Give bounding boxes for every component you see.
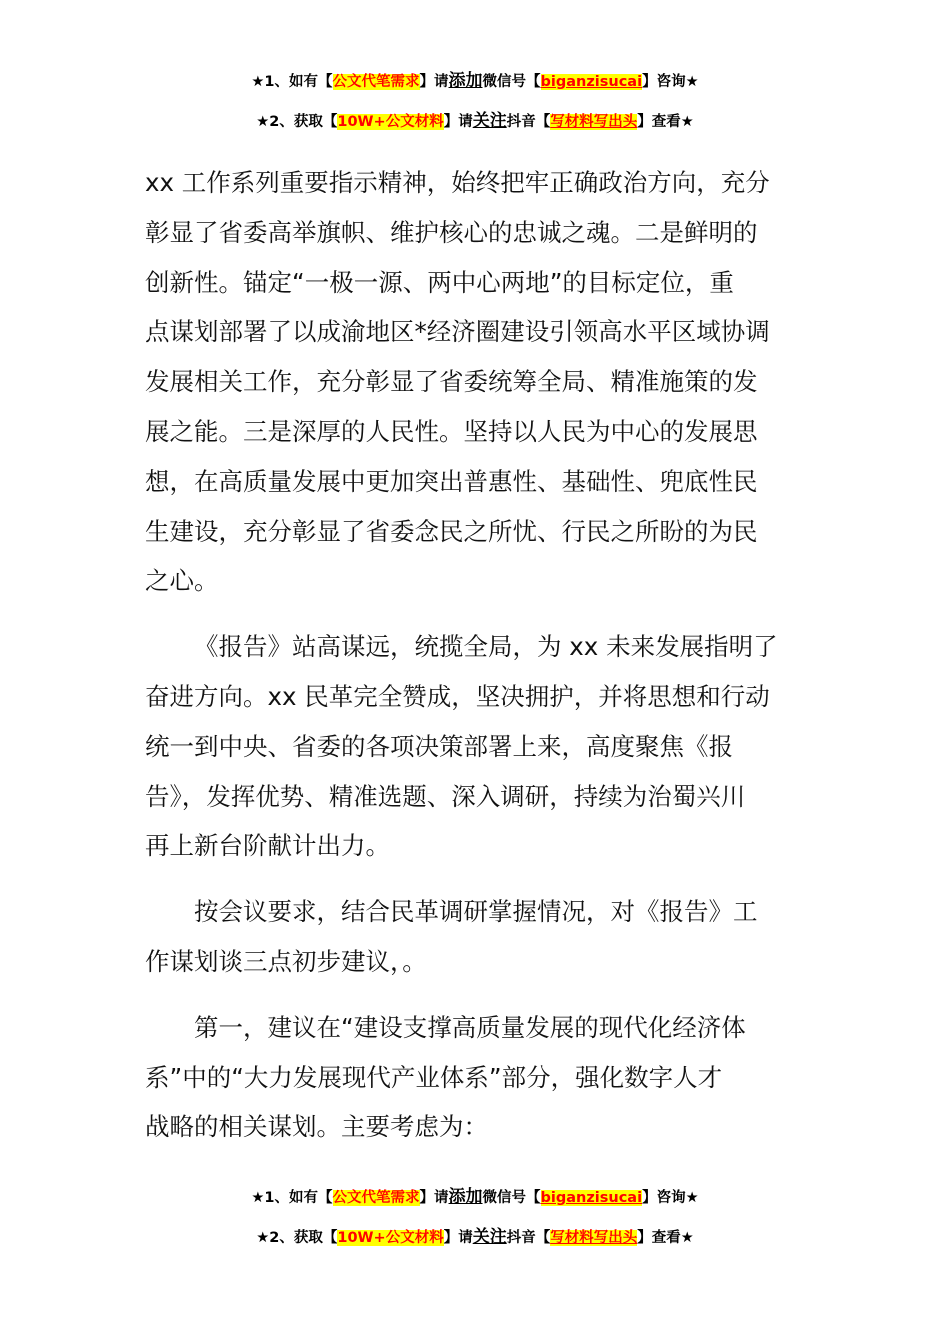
text-line: 彰显了省委高举旗帜、维护核心的忠诚之魂。二是鲜明的 [145, 208, 810, 258]
highlight-text: 公文代笔需求 [333, 74, 420, 90]
banner-line-2: ★2、获取【10W+公文材料】请关注抖音【写材料写出头】查看★ [0, 1227, 950, 1247]
banner-text: 微信号【 [483, 1190, 541, 1206]
text-line: 系”中的“大力发展现代产业体系”部分，强化数字人才 [145, 1053, 810, 1103]
text-line: 想，在高质量发展中更加突出普惠性、基础性、兜底性民 [145, 457, 810, 507]
highlight-text: 10W+公文材料 [337, 1230, 443, 1246]
document-body: xx 工作系列重要指示精神，始终把牢正确政治方向，充分 彰显了省委高举旗帜、维护… [145, 158, 810, 1152]
banner-text: 】请 [444, 114, 473, 130]
text-line: 创新性。锚定“一极一源、两中心两地”的目标定位，重 [145, 258, 810, 308]
banner-text: 抖音【 [507, 1230, 551, 1246]
emphasis-text: 关注 [473, 111, 507, 131]
paragraph-spacing [145, 987, 810, 1003]
text-line: 告》，发挥优势、精准选题、深入调研，持续为治蜀兴川 [145, 772, 810, 822]
douyin-account-link[interactable]: 写材料写出头 [550, 1230, 637, 1246]
banner-text: 】查看★ [637, 1230, 694, 1246]
text-line: 第一，建议在“建设支撑高质量发展的现代化经济体 [145, 1003, 810, 1053]
header-banner: ★1、如有【公文代笔需求】请添加微信号【biganzisucai】咨询★ ★2、… [0, 71, 950, 131]
douyin-account-link[interactable]: 写材料写出头 [550, 114, 637, 130]
text-line: 再上新台阶献计出力。 [145, 821, 810, 871]
banner-text: 】请 [420, 1190, 449, 1206]
banner-text: ★2、获取【 [256, 114, 337, 130]
text-line: 统一到中央、省委的各项决策部署上来，高度聚焦《报 [145, 722, 810, 772]
text-line: 战略的相关谋划。主要考虑为： [145, 1102, 810, 1152]
paragraph: 《报告》站高谋远，统揽全局，为 xx 未来发展指明了 奋进方向。xx 民革完全赞… [145, 622, 810, 871]
text-line: 生建设，充分彰显了省委念民之所忧、行民之所盼的为民 [145, 507, 810, 557]
banner-text: 】咨询★ [642, 74, 699, 90]
banner-text: 】咨询★ [642, 1190, 699, 1206]
paragraph: 第一，建议在“建设支撑高质量发展的现代化经济体 系”中的“大力发展现代产业体系”… [145, 1003, 810, 1152]
banner-text: ★2、获取【 [256, 1230, 337, 1246]
highlight-text: 10W+公文材料 [337, 114, 443, 130]
text-line: xx 工作系列重要指示精神，始终把牢正确政治方向，充分 [145, 158, 810, 208]
banner-text: 】请 [444, 1230, 473, 1246]
paragraph: xx 工作系列重要指示精神，始终把牢正确政治方向，充分 彰显了省委高举旗帜、维护… [145, 158, 810, 606]
wechat-id-link[interactable]: biganzisucai [541, 1190, 643, 1206]
emphasis-text: 添加 [449, 1187, 483, 1207]
text-line: 发展相关工作，充分彰显了省委统筹全局、精准施策的发 [145, 357, 810, 407]
emphasis-text: 添加 [449, 71, 483, 91]
footer-banner: ★1、如有【公文代笔需求】请添加微信号【biganzisucai】咨询★ ★2、… [0, 1187, 950, 1247]
banner-text: 微信号【 [483, 74, 541, 90]
banner-text: 抖音【 [507, 114, 551, 130]
paragraph: 按会议要求，结合民革调研掌握情况，对《报告》工 作谋划谈三点初步建议，。 [145, 887, 810, 987]
emphasis-text: 关注 [473, 1227, 507, 1247]
banner-line-1: ★1、如有【公文代笔需求】请添加微信号【biganzisucai】咨询★ [0, 71, 950, 91]
text-line: 按会议要求，结合民革调研掌握情况，对《报告》工 [145, 887, 810, 937]
wechat-id-link[interactable]: biganzisucai [541, 74, 643, 90]
text-line: 展之能。三是深厚的人民性。坚持以人民为中心的发展思 [145, 407, 810, 457]
banner-line-2: ★2、获取【10W+公文材料】请关注抖音【写材料写出头】查看★ [0, 111, 950, 131]
paragraph-spacing [145, 606, 810, 622]
banner-text: 】查看★ [637, 114, 694, 130]
banner-text: ★1、如有【 [251, 1190, 332, 1206]
text-line: 之心。 [145, 556, 810, 606]
banner-text: ★1、如有【 [251, 74, 332, 90]
paragraph-spacing [145, 871, 810, 887]
highlight-text: 公文代笔需求 [333, 1190, 420, 1206]
text-line: 作谋划谈三点初步建议，。 [145, 937, 810, 987]
text-line: 奋进方向。xx 民革完全赞成，坚决拥护，并将思想和行动 [145, 672, 810, 722]
text-line: 《报告》站高谋远，统揽全局，为 xx 未来发展指明了 [145, 622, 810, 672]
banner-text: 】请 [420, 74, 449, 90]
text-line: 点谋划部署了以成渝地区*经济圈建设引领高水平区域协调 [145, 307, 810, 357]
banner-line-1: ★1、如有【公文代笔需求】请添加微信号【biganzisucai】咨询★ [0, 1187, 950, 1207]
